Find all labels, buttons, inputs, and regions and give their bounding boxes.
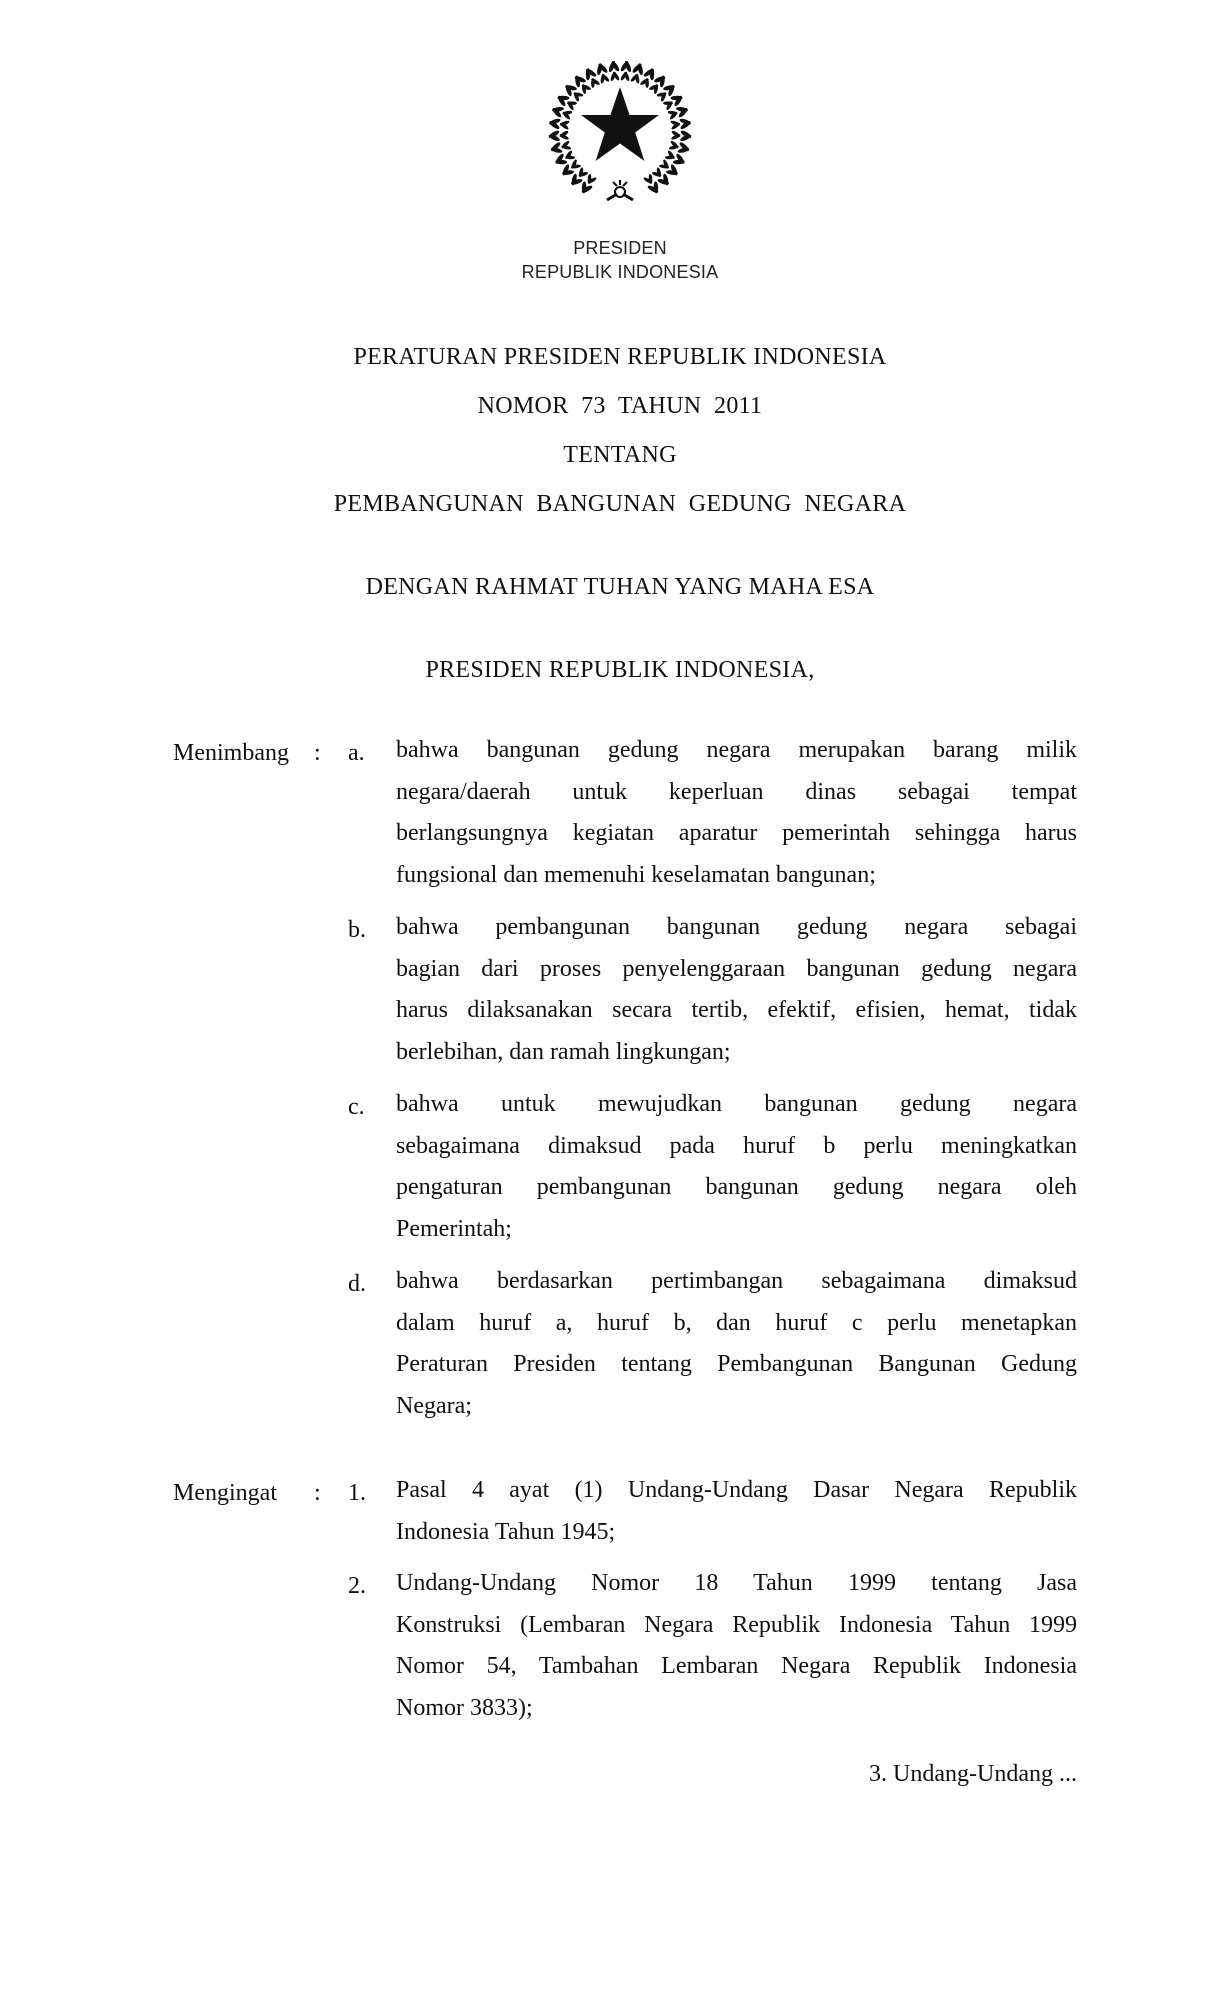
menimbang-item-a: bahwa bangunan gedung negara merupakan b… bbox=[396, 730, 1077, 897]
text-line: Konstruksi (Lembaran Negara Republik Ind… bbox=[396, 1605, 1077, 1647]
text-line: bagian dari proses penyelenggaraan bangu… bbox=[396, 949, 1077, 991]
office-line-2: REPUBLIK INDONESIA bbox=[0, 263, 1224, 281]
presidential-emblem-icon bbox=[545, 54, 695, 208]
title-number: NOMOR 73 TAHUN 2011 bbox=[0, 394, 1224, 418]
text-line: bahwa berdasarkan pertimbangan sebagaima… bbox=[396, 1261, 1077, 1303]
menimbang-item-d: bahwa berdasarkan pertimbangan sebagaima… bbox=[396, 1261, 1077, 1428]
text-line: bahwa pembangunan bangunan gedung negara… bbox=[396, 907, 1077, 949]
mengingat-item-2: Undang-Undang Nomor 18 Tahun 1999 tentan… bbox=[396, 1563, 1077, 1730]
mengingat-item-1: Pasal 4 ayat (1) Undang-Undang Dasar Neg… bbox=[396, 1470, 1077, 1553]
menimbang-marker-a: a. bbox=[348, 741, 365, 765]
office-line-1: PRESIDEN bbox=[0, 239, 1224, 257]
menimbang-item-c: bahwa untuk mewujudkan bangunan gedung n… bbox=[396, 1084, 1077, 1251]
mengingat-marker-2: 2. bbox=[348, 1574, 366, 1598]
text-line: Indonesia Tahun 1945; bbox=[396, 1512, 1077, 1554]
menimbang-label: Menimbang bbox=[173, 741, 289, 765]
text-line: Peraturan Presiden tentang Pembangunan B… bbox=[396, 1344, 1077, 1386]
menimbang-marker-c: c. bbox=[348, 1095, 365, 1119]
text-line: berlebihan, dan ramah lingkungan; bbox=[396, 1032, 1077, 1074]
menimbang-marker-d: d. bbox=[348, 1272, 366, 1296]
mengingat-marker-1: 1. bbox=[348, 1481, 366, 1505]
title-tentang: TENTANG bbox=[0, 443, 1224, 467]
document-page: PRESIDEN REPUBLIK INDONESIA PERATURAN PR… bbox=[0, 0, 1224, 2016]
text-line: Nomor 3833); bbox=[396, 1688, 1077, 1730]
text-line: Negara; bbox=[396, 1386, 1077, 1428]
text-line: Nomor 54, Tambahan Lembaran Negara Repub… bbox=[396, 1646, 1077, 1688]
text-line: bahwa bangunan gedung negara merupakan b… bbox=[396, 730, 1077, 772]
invocation: DENGAN RAHMAT TUHAN YANG MAHA ESA bbox=[0, 575, 1224, 599]
text-line: Undang-Undang Nomor 18 Tahun 1999 tentan… bbox=[396, 1563, 1077, 1605]
text-line: sebagaimana dimaksud pada huruf b perlu … bbox=[396, 1126, 1077, 1168]
authority: PRESIDEN REPUBLIK INDONESIA, bbox=[0, 658, 1224, 682]
text-line: bahwa untuk mewujudkan bangunan gedung n… bbox=[396, 1084, 1077, 1126]
text-line: negara/daerah untuk keperluan dinas seba… bbox=[396, 772, 1077, 814]
menimbang-item-b: bahwa pembangunan bangunan gedung negara… bbox=[396, 907, 1077, 1074]
text-line: Pasal 4 ayat (1) Undang-Undang Dasar Neg… bbox=[396, 1470, 1077, 1512]
text-line: dalam huruf a, huruf b, dan huruf c perl… bbox=[396, 1303, 1077, 1345]
menimbang-marker-b: b. bbox=[348, 918, 366, 942]
text-line: pengaturan pembangunan bangunan gedung n… bbox=[396, 1167, 1077, 1209]
text-line: fungsional dan memenuhi keselamatan bang… bbox=[396, 855, 1077, 897]
title-line-1: PERATURAN PRESIDEN REPUBLIK INDONESIA bbox=[0, 345, 1224, 369]
text-line: berlangsungnya kegiatan aparatur pemerin… bbox=[396, 813, 1077, 855]
catchword: 3. Undang-Undang ... bbox=[869, 1762, 1077, 1786]
text-line: Pemerintah; bbox=[396, 1209, 1077, 1251]
title-subject: PEMBANGUNAN BANGUNAN GEDUNG NEGARA bbox=[0, 492, 1224, 516]
menimbang-colon: : bbox=[314, 741, 321, 765]
mengingat-colon: : bbox=[314, 1481, 321, 1505]
mengingat-label: Mengingat bbox=[173, 1481, 277, 1505]
text-line: harus dilaksanakan secara tertib, efekti… bbox=[396, 990, 1077, 1032]
